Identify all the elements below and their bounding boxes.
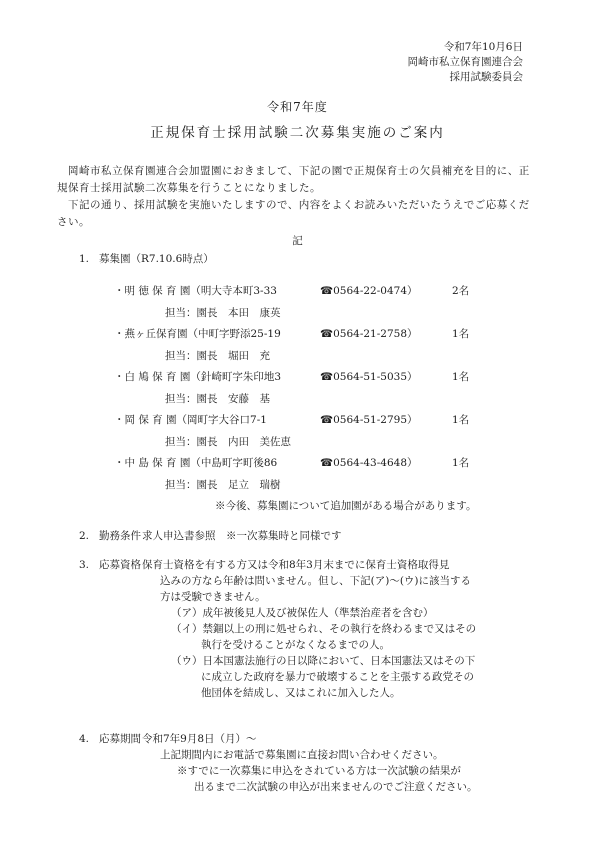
opening-count: 1名 bbox=[452, 326, 469, 341]
phone-number: 0564-22-0474） bbox=[333, 285, 417, 297]
section-recruiting-kindergartens-heading: 1. 募集園（R7.10.6時点） bbox=[57, 251, 538, 267]
list-item: ・岡 保 育 園（岡町字大谷口7-1 ☎0564-51-2795） 1名 bbox=[114, 412, 538, 434]
phone-number: 0564-43-4648） bbox=[333, 457, 417, 469]
application-period-line: 令和7年9月8日（月）～ bbox=[142, 731, 538, 747]
opening-count: 1名 bbox=[452, 369, 469, 384]
kindergarten-list: ・明 徳 保 育 園（明大寺本町3-33 ☎0564-22-0474） 2名 担… bbox=[57, 283, 538, 498]
item-text: 禁錮以上の刑に処せられ、その執行を終わるまで又はその bbox=[203, 621, 477, 637]
contact-person: 担当：園長 安藤 基 bbox=[165, 391, 538, 413]
item-marker: （ア） bbox=[171, 605, 203, 621]
section-number: 4. bbox=[79, 731, 99, 747]
application-period-line: ※すでに一次募集に申込をされている方は一次試験の結果が bbox=[177, 763, 538, 779]
exclusion-item-u: （ウ） 日本国憲法施行の日以降において、日本国憲法又はその下 bbox=[171, 653, 538, 669]
list-item: ・白 鳩 保 育 園（針崎町字朱印地3 ☎0564-51-5035） 1名 bbox=[114, 369, 538, 391]
section-application-period-heading: 4. 応募期間 令和7年9月8日（月）～ bbox=[57, 731, 538, 747]
kindergarten-name-address: ・燕ヶ丘保育園（中町字野添25-19 bbox=[114, 326, 320, 341]
opening-count: 1名 bbox=[452, 412, 469, 427]
item-text: 日本国憲法施行の日以降において、日本国憲法又はその下 bbox=[203, 653, 476, 669]
section-label: 応募期間 bbox=[99, 731, 142, 747]
section-label: 募集園（R7.10.6時点） bbox=[99, 251, 538, 267]
page-title: 正規保育士採用試験二次募集実施のご案内 bbox=[57, 124, 538, 143]
phone-icon: ☎ bbox=[320, 285, 333, 297]
additional-kindergartens-note: ※今後、募集園について追加園がある場合があります。 bbox=[215, 498, 538, 514]
list-item: ・燕ヶ丘保育園（中町字野添25-19 ☎0564-21-2758） 1名 bbox=[114, 326, 538, 348]
kindergarten-name-address: ・中 島 保 育 園（中島町字町後86 bbox=[114, 455, 320, 470]
ki-heading: 記 bbox=[57, 234, 538, 249]
opening-count: 1名 bbox=[452, 455, 469, 470]
phone-icon: ☎ bbox=[320, 457, 333, 469]
issue-date: 令和7年10月6日 bbox=[57, 40, 523, 55]
issuing-organization: 岡崎市私立保育園連合会 bbox=[57, 55, 523, 70]
application-period-line: 出るまで二次試験の申込が出来ませんのでご注意ください。 bbox=[194, 779, 538, 795]
contact-person: 担当：園長 堀田 充 bbox=[165, 348, 538, 370]
issuing-committee: 採用試験委員会 bbox=[57, 70, 523, 85]
contact-person: 担当：園長 足立 瑞樹 bbox=[165, 477, 538, 499]
intro-line: 岡崎市私立保育園連合会加盟園におきまして、下記の園で正規保育士の欠員補充を目的に… bbox=[57, 163, 538, 180]
kindergarten-name-address: ・岡 保 育 園（岡町字大谷口7-1 bbox=[114, 412, 320, 427]
kindergarten-phone: ☎0564-51-5035） bbox=[320, 369, 452, 384]
section-eligibility-heading: 3. 応募資格 保育士資格を有する方又は令和8年3月末までに保育士資格取得見 bbox=[57, 557, 538, 573]
intro-line: 規保育士採用試験二次募集を行うことになりました。 bbox=[57, 180, 538, 197]
intro-line: さい。 bbox=[57, 214, 538, 231]
item-marker: （ウ） bbox=[171, 653, 203, 669]
contact-person: 担当：園長 本田 康英 bbox=[165, 305, 538, 327]
section-label: 勤務条件 bbox=[99, 528, 142, 544]
section-label: 応募資格 bbox=[99, 557, 142, 573]
phone-icon: ☎ bbox=[320, 328, 333, 340]
list-item: ・中 島 保 育 園（中島町字町後86 ☎0564-43-4648） 1名 bbox=[114, 455, 538, 477]
item-text: 他団体を結成し、又はこれに加入した人。 bbox=[201, 685, 538, 701]
eligibility-line: 込みの方なら年齢は問いません。但し、下記(ア)～(ウ)に該当する bbox=[160, 573, 538, 589]
section-content: 求人申込書参照 ※一次募集時と同様です bbox=[142, 528, 538, 544]
section-number: 2. bbox=[79, 528, 99, 544]
phone-icon: ☎ bbox=[320, 414, 333, 426]
document-header: 令和7年10月6日 岡崎市私立保育園連合会 採用試験委員会 bbox=[57, 40, 538, 85]
section-eligibility: 3. 応募資格 保育士資格を有する方又は令和8年3月末までに保育士資格取得見 込… bbox=[57, 557, 538, 701]
contact-person: 担当：園長 内田 美佐恵 bbox=[165, 434, 538, 456]
intro-line: 下記の通り、採用試験を実施いたしますので、内容をよくお読みいただいたうえでご応募… bbox=[57, 197, 538, 214]
item-text: 執行を受けることがなくなるまでの人。 bbox=[201, 637, 538, 653]
exclusion-item-a: （ア） 成年被後見人及び被保佐人（準禁治産者を含む） bbox=[171, 605, 538, 621]
section-working-conditions: 2. 勤務条件 求人申込書参照 ※一次募集時と同様です bbox=[57, 528, 538, 544]
kindergarten-phone: ☎0564-51-2795） bbox=[320, 412, 452, 427]
item-text: に成立した政府を暴力で破壊することを主張する政党その bbox=[201, 669, 538, 685]
section-number: 1. bbox=[79, 251, 99, 267]
intro-paragraph: 岡崎市私立保育園連合会加盟園におきまして、下記の園で正規保育士の欠員補充を目的に… bbox=[57, 163, 538, 231]
phone-number: 0564-51-5035） bbox=[333, 371, 417, 383]
phone-icon: ☎ bbox=[320, 371, 333, 383]
eligibility-line: 方は受験できません。 bbox=[160, 589, 538, 605]
item-text: 成年被後見人及び被保佐人（準禁治産者を含む） bbox=[203, 605, 434, 621]
kindergarten-phone: ☎0564-43-4648） bbox=[320, 455, 452, 470]
kindergarten-name-address: ・白 鳩 保 育 園（針崎町字朱印地3 bbox=[114, 369, 320, 384]
list-item: ・明 徳 保 育 園（明大寺本町3-33 ☎0564-22-0474） 2名 bbox=[114, 283, 538, 305]
section-number: 3. bbox=[79, 557, 99, 573]
document-page: 令和7年10月6日 岡崎市私立保育園連合会 採用試験委員会 令和7年度 正規保育… bbox=[0, 0, 595, 841]
kindergarten-name-address: ・明 徳 保 育 園（明大寺本町3-33 bbox=[114, 283, 320, 298]
phone-number: 0564-51-2795） bbox=[333, 414, 417, 426]
application-period-line: 上記期間内にお電話で募集園に直接お問い合わせください。 bbox=[160, 747, 538, 763]
eligibility-line: 保育士資格を有する方又は令和8年3月末までに保育士資格取得見 bbox=[142, 557, 538, 573]
exclusion-item-i: （イ） 禁錮以上の刑に処せられ、その執行を終わるまで又はその bbox=[171, 621, 538, 637]
section-application-period: 4. 応募期間 令和7年9月8日（月）～ 上記期間内にお電話で募集園に直接お問い… bbox=[57, 731, 538, 795]
opening-count: 2名 bbox=[452, 283, 469, 298]
title-fiscal-year: 令和7年度 bbox=[57, 99, 538, 115]
item-marker: （イ） bbox=[171, 621, 203, 637]
kindergarten-phone: ☎0564-21-2758） bbox=[320, 326, 452, 341]
phone-number: 0564-21-2758） bbox=[333, 328, 417, 340]
kindergarten-phone: ☎0564-22-0474） bbox=[320, 283, 452, 298]
